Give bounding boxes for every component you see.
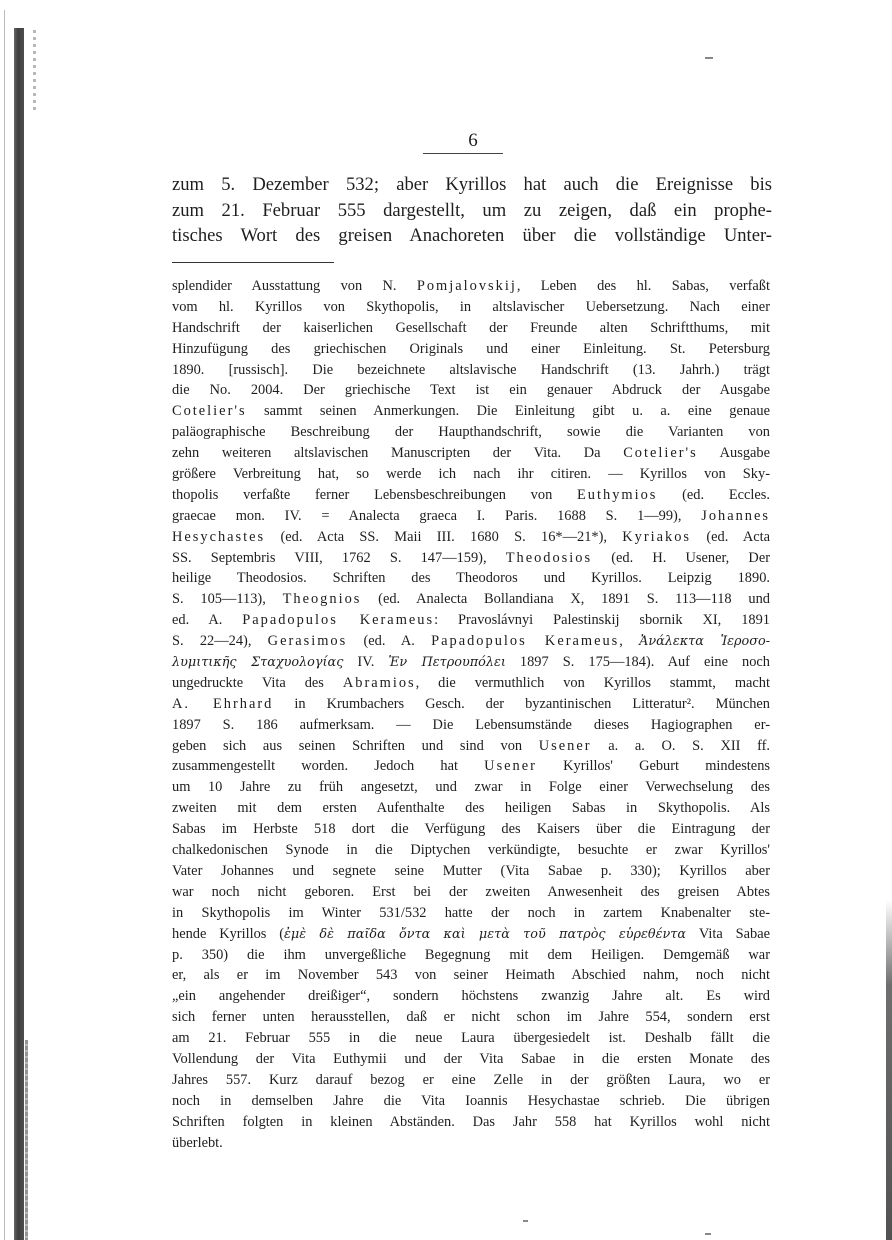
footnote-segment: sammt seinen Anmerkungen. Die Einleitung… xyxy=(247,403,770,419)
spaced-name: Johannes xyxy=(701,508,770,524)
footnote-segment: Jahres 557. Kurz darauf bezog er eine Ze… xyxy=(172,1072,770,1088)
footnote-segment: , die vermuthlich von Kyrillos stammt, m… xyxy=(416,675,770,691)
main-text-line: tisches Wort des greisen Anachoreten übe… xyxy=(172,223,772,249)
footnote-segment: graecae mon. IV. = Analecta graeca I. Pa… xyxy=(172,508,701,524)
footnote-segment: zehn weiteren altslavischen Manuscripten… xyxy=(172,445,623,461)
footnote-line: geben sich aus seinen Schriften und sind… xyxy=(172,736,770,757)
scan-speck xyxy=(705,57,713,59)
footnote-segment: war noch nicht geboren. Erst bei der zwe… xyxy=(172,884,770,900)
footnote-segment: in Krumbachers Gesch. der byzantinischen… xyxy=(273,696,770,712)
footnote-line: 1897 S. 186 aufmerksam. — Die Lebensumst… xyxy=(172,715,770,736)
footnote-segment: : Pravoslávnyi Palestinskij sbornik XI, … xyxy=(434,612,770,628)
footnote-segment: splendider Ausstattung von N. xyxy=(172,278,417,294)
footnote-segment: SS. Septembris VIII, 1762 S. 147—159), xyxy=(172,550,506,566)
spaced-name: Kyriakos xyxy=(622,529,691,545)
footnote-line: thopolis verfaßte ferner Lebensbeschreib… xyxy=(172,485,770,506)
footnote-segment: ungedruckte Vita des xyxy=(172,675,343,691)
footnote-line: S. 105—113), Theognios (ed. Analecta Bol… xyxy=(172,589,770,610)
footnote-line: Hesychastes (ed. Acta SS. Maii III. 1680… xyxy=(172,527,770,548)
scan-binding-streak-lower xyxy=(25,1040,28,1240)
footnote-segment: Kyrillos' Geburt mindestens xyxy=(537,758,770,774)
footnote-segment: heilige Theodosios. Schriften des Theodo… xyxy=(172,570,770,586)
spaced-name: Euthymios xyxy=(577,487,657,503)
footnote-line: zusammengestellt worden. Jedoch hat Usen… xyxy=(172,756,770,777)
spaced-name: Theodosios xyxy=(506,550,592,566)
spaced-name: Cotelier's xyxy=(172,403,247,419)
footnote-line: Cotelier's sammt seinen Anmerkungen. Die… xyxy=(172,401,770,422)
footnote-segment: Hinzufügung des griechischen Originals u… xyxy=(172,341,770,357)
footnote-segment: „ein angehender dreißiger“, sondern höch… xyxy=(172,988,770,1004)
footnote-line: in Skythopolis im Winter 531/532 hatte d… xyxy=(172,903,770,924)
footnote-line: Sabas im Herbste 518 dort die Verfügung … xyxy=(172,819,770,840)
spaced-name: Abramios xyxy=(343,675,416,691)
scan-binding-shadow-right xyxy=(886,900,892,1240)
footnote-segment: Handschrift der kaiserlichen Gesellschaf… xyxy=(172,320,770,336)
spaced-name: A. Ehrhard xyxy=(172,696,273,712)
footnote-line: A. Ehrhard in Krumbachers Gesch. der byz… xyxy=(172,694,770,715)
footnote-segment: Sabas im Herbste 518 dort die Verfügung … xyxy=(172,821,770,837)
footnote-segment: Vater Johannes und segnete seine Mutter … xyxy=(172,863,770,879)
footnote-segment: zusammengestellt worden. Jedoch hat xyxy=(172,758,484,774)
greek-text: Ἀνάλεκτα Ἱεροσο- xyxy=(639,634,770,649)
footnote-segment: p. 350) die ihm unvergeßliche Begegnung … xyxy=(172,947,770,963)
main-text-line: zum 5. Dezember 532; aber Kyrillos hat a… xyxy=(172,172,772,198)
spaced-name: Cotelier's xyxy=(623,445,698,461)
spaced-name: Papadopulos Kerameus xyxy=(242,612,434,628)
footnote-separator xyxy=(172,262,334,263)
footnote-segment: paläographische Beschreibung der Hauptha… xyxy=(172,424,770,440)
footnote-segment: 1897 S. 175—184). Auf eine noch xyxy=(506,654,770,670)
footnote-line: Vater Johannes und segnete seine Mutter … xyxy=(172,861,770,882)
footnote-line: graecae mon. IV. = Analecta graeca I. Pa… xyxy=(172,506,770,527)
main-body-text: zum 5. Dezember 532; aber Kyrillos hat a… xyxy=(172,172,772,249)
footnote-line: hende Kyrillos (ἐμὲ δὲ παῖδα ὄντα καὶ με… xyxy=(172,924,770,945)
footnote-segment: er, als er im November 543 von seiner He… xyxy=(172,967,770,983)
footnote-segment: vom hl. Kyrillos von Skythopolis, in alt… xyxy=(172,299,770,315)
footnote-line: ed. A. Papadopulos Kerameus: Pravoslávny… xyxy=(172,610,770,631)
footnote-segment: Vita Sabae xyxy=(686,926,770,942)
footnote-segment: , Leben des hl. Sabas, verfaßt xyxy=(517,278,770,294)
footnote-segment: geben sich aus seinen Schriften und sind… xyxy=(172,738,539,754)
footnote-line: Handschrift der kaiserlichen Gesellschaf… xyxy=(172,318,770,339)
footnote-line: die No. 2004. Der griechische Text ist e… xyxy=(172,380,770,401)
footnote-line: zehn weiteren altslavischen Manuscripten… xyxy=(172,443,770,464)
footnote-segment: IV. xyxy=(343,654,388,670)
footnote-segment: sich ferner unten herausstellen, daß er … xyxy=(172,1009,770,1025)
footnote-line: p. 350) die ihm unvergeßliche Begegnung … xyxy=(172,945,770,966)
footnote-line: vom hl. Kyrillos von Skythopolis, in alt… xyxy=(172,297,770,318)
scan-edge-line xyxy=(4,10,5,1240)
footnote-segment: am 21. Februar 555 in die neue Laura übe… xyxy=(172,1030,770,1046)
main-text-line: zum 21. Februar 555 dargestellt, um zu z… xyxy=(172,198,772,224)
spaced-name: Gerasimos xyxy=(268,633,348,649)
footnote-segment: überlebt. xyxy=(172,1135,223,1151)
footnote-segment: noch in demselben Jahre die Vita Ioannis… xyxy=(172,1093,770,1109)
footnote-line: λυμιτικῆς Σταχυολογίας IV. Ἐν Πετρουπόλε… xyxy=(172,652,770,673)
footnote-line: paläographische Beschreibung der Hauptha… xyxy=(172,422,770,443)
footnote-line: war noch nicht geboren. Erst bei der zwe… xyxy=(172,882,770,903)
footnote-line: Hinzufügung des griechischen Originals u… xyxy=(172,339,770,360)
footnote-segment: Schriften folgten in kleinen Abständen. … xyxy=(172,1114,770,1130)
footnote-segment: , xyxy=(619,633,639,649)
footnote-segment: (ed. Analecta Bollandiana X, 1891 S. 113… xyxy=(361,591,770,607)
footnote-line: 1890. [russisch]. Die bezeichnete altsla… xyxy=(172,360,770,381)
footnote-segment: in Skythopolis im Winter 531/532 hatte d… xyxy=(172,905,770,921)
footnote-line: sich ferner unten herausstellen, daß er … xyxy=(172,1007,770,1028)
footnote-line: SS. Septembris VIII, 1762 S. 147—159), T… xyxy=(172,548,770,569)
greek-text: λυμιτικῆς Σταχυολογίας xyxy=(172,655,343,670)
footnote-line: Schriften folgten in kleinen Abständen. … xyxy=(172,1112,770,1133)
footnote-segment: hende Kyrillos ( xyxy=(172,926,284,942)
footnote-segment: S. 22—24), xyxy=(172,633,268,649)
greek-text: Ἐν Πετρουπόλει xyxy=(388,655,505,670)
spaced-name: Pomjalovskij xyxy=(417,278,517,294)
footnote-segment: (ed. Acta SS. Maii III. 1680 S. 16*—21*)… xyxy=(265,529,622,545)
footnote-segment: die No. 2004. Der griechische Text ist e… xyxy=(172,382,770,398)
footnote-segment: (ed. Acta xyxy=(691,529,770,545)
footnote-segment: 1897 S. 186 aufmerksam. — Die Lebensumst… xyxy=(172,717,770,733)
footnote-line: „ein angehender dreißiger“, sondern höch… xyxy=(172,986,770,1007)
scan-speck xyxy=(705,1233,711,1235)
footnote-segment: um 10 Jahre zu früh angesetzt, und zwar … xyxy=(172,779,770,795)
footnote-line: Jahres 557. Kurz darauf bezog er eine Ze… xyxy=(172,1070,770,1091)
footnote-line: er, als er im November 543 von seiner He… xyxy=(172,965,770,986)
spaced-name: Usener xyxy=(484,758,537,774)
page-number: 6 xyxy=(423,130,523,152)
greek-text: ἐμὲ δὲ παῖδα ὄντα καὶ μετὰ τοῦ πατρὸς εὑ… xyxy=(284,927,686,942)
footnote-line: S. 22—24), Gerasimos (ed. A. Papadopulos… xyxy=(172,631,770,652)
footnote-segment: (ed. Eccles. xyxy=(657,487,770,503)
spaced-name: Papadopulos Kerameus xyxy=(431,633,619,649)
scan-binding-shadow-left xyxy=(14,28,24,1240)
footnote-line: größere Verbreitung hat, so werde ich na… xyxy=(172,464,770,485)
spaced-name: Usener xyxy=(539,738,592,754)
footnote-line: noch in demselben Jahre die Vita Ioannis… xyxy=(172,1091,770,1112)
footnote-segment: Vollendung der Vita Euthymii und der Vit… xyxy=(172,1051,770,1067)
footnote-segment: zweiten mit dem ersten Aufenthalte des h… xyxy=(172,800,770,816)
spaced-name: Hesychastes xyxy=(172,529,265,545)
footnote-segment: (ed. H. Usener, Der xyxy=(592,550,770,566)
spaced-name: Theognios xyxy=(283,591,362,607)
footnote-segment: größere Verbreitung hat, so werde ich na… xyxy=(172,466,770,482)
footnote-segment: chalkedonischen Synode in die Diptychen … xyxy=(172,842,770,858)
scan-speck xyxy=(523,1220,528,1222)
footnote-line: Vollendung der Vita Euthymii und der Vit… xyxy=(172,1049,770,1070)
footnote-line: heilige Theodosios. Schriften des Theodo… xyxy=(172,568,770,589)
scan-binding-streak xyxy=(33,30,36,110)
footnote-segment: S. 105—113), xyxy=(172,591,283,607)
footnote-line: überlebt. xyxy=(172,1133,770,1154)
footnote-line: am 21. Februar 555 in die neue Laura übe… xyxy=(172,1028,770,1049)
footnote-segment: a. a. O. S. XII ff. xyxy=(592,738,770,754)
footnote-segment: 1890. [russisch]. Die bezeichnete altsla… xyxy=(172,362,770,378)
footnote-segment: thopolis verfaßte ferner Lebensbeschreib… xyxy=(172,487,577,503)
footnote-segment: ed. A. xyxy=(172,612,242,628)
footnote-line: chalkedonischen Synode in die Diptychen … xyxy=(172,840,770,861)
footnote-segment: Ausgabe xyxy=(698,445,770,461)
footnote-line: zweiten mit dem ersten Aufenthalte des h… xyxy=(172,798,770,819)
page-number-rule xyxy=(423,153,503,154)
footnote-line: ungedruckte Vita des Abramios, die vermu… xyxy=(172,673,770,694)
footnote-text: splendider Ausstattung von N. Pomjalovsk… xyxy=(172,276,770,1153)
footnote-line: splendider Ausstattung von N. Pomjalovsk… xyxy=(172,276,770,297)
footnote-segment: (ed. A. xyxy=(347,633,431,649)
footnote-line: um 10 Jahre zu früh angesetzt, und zwar … xyxy=(172,777,770,798)
